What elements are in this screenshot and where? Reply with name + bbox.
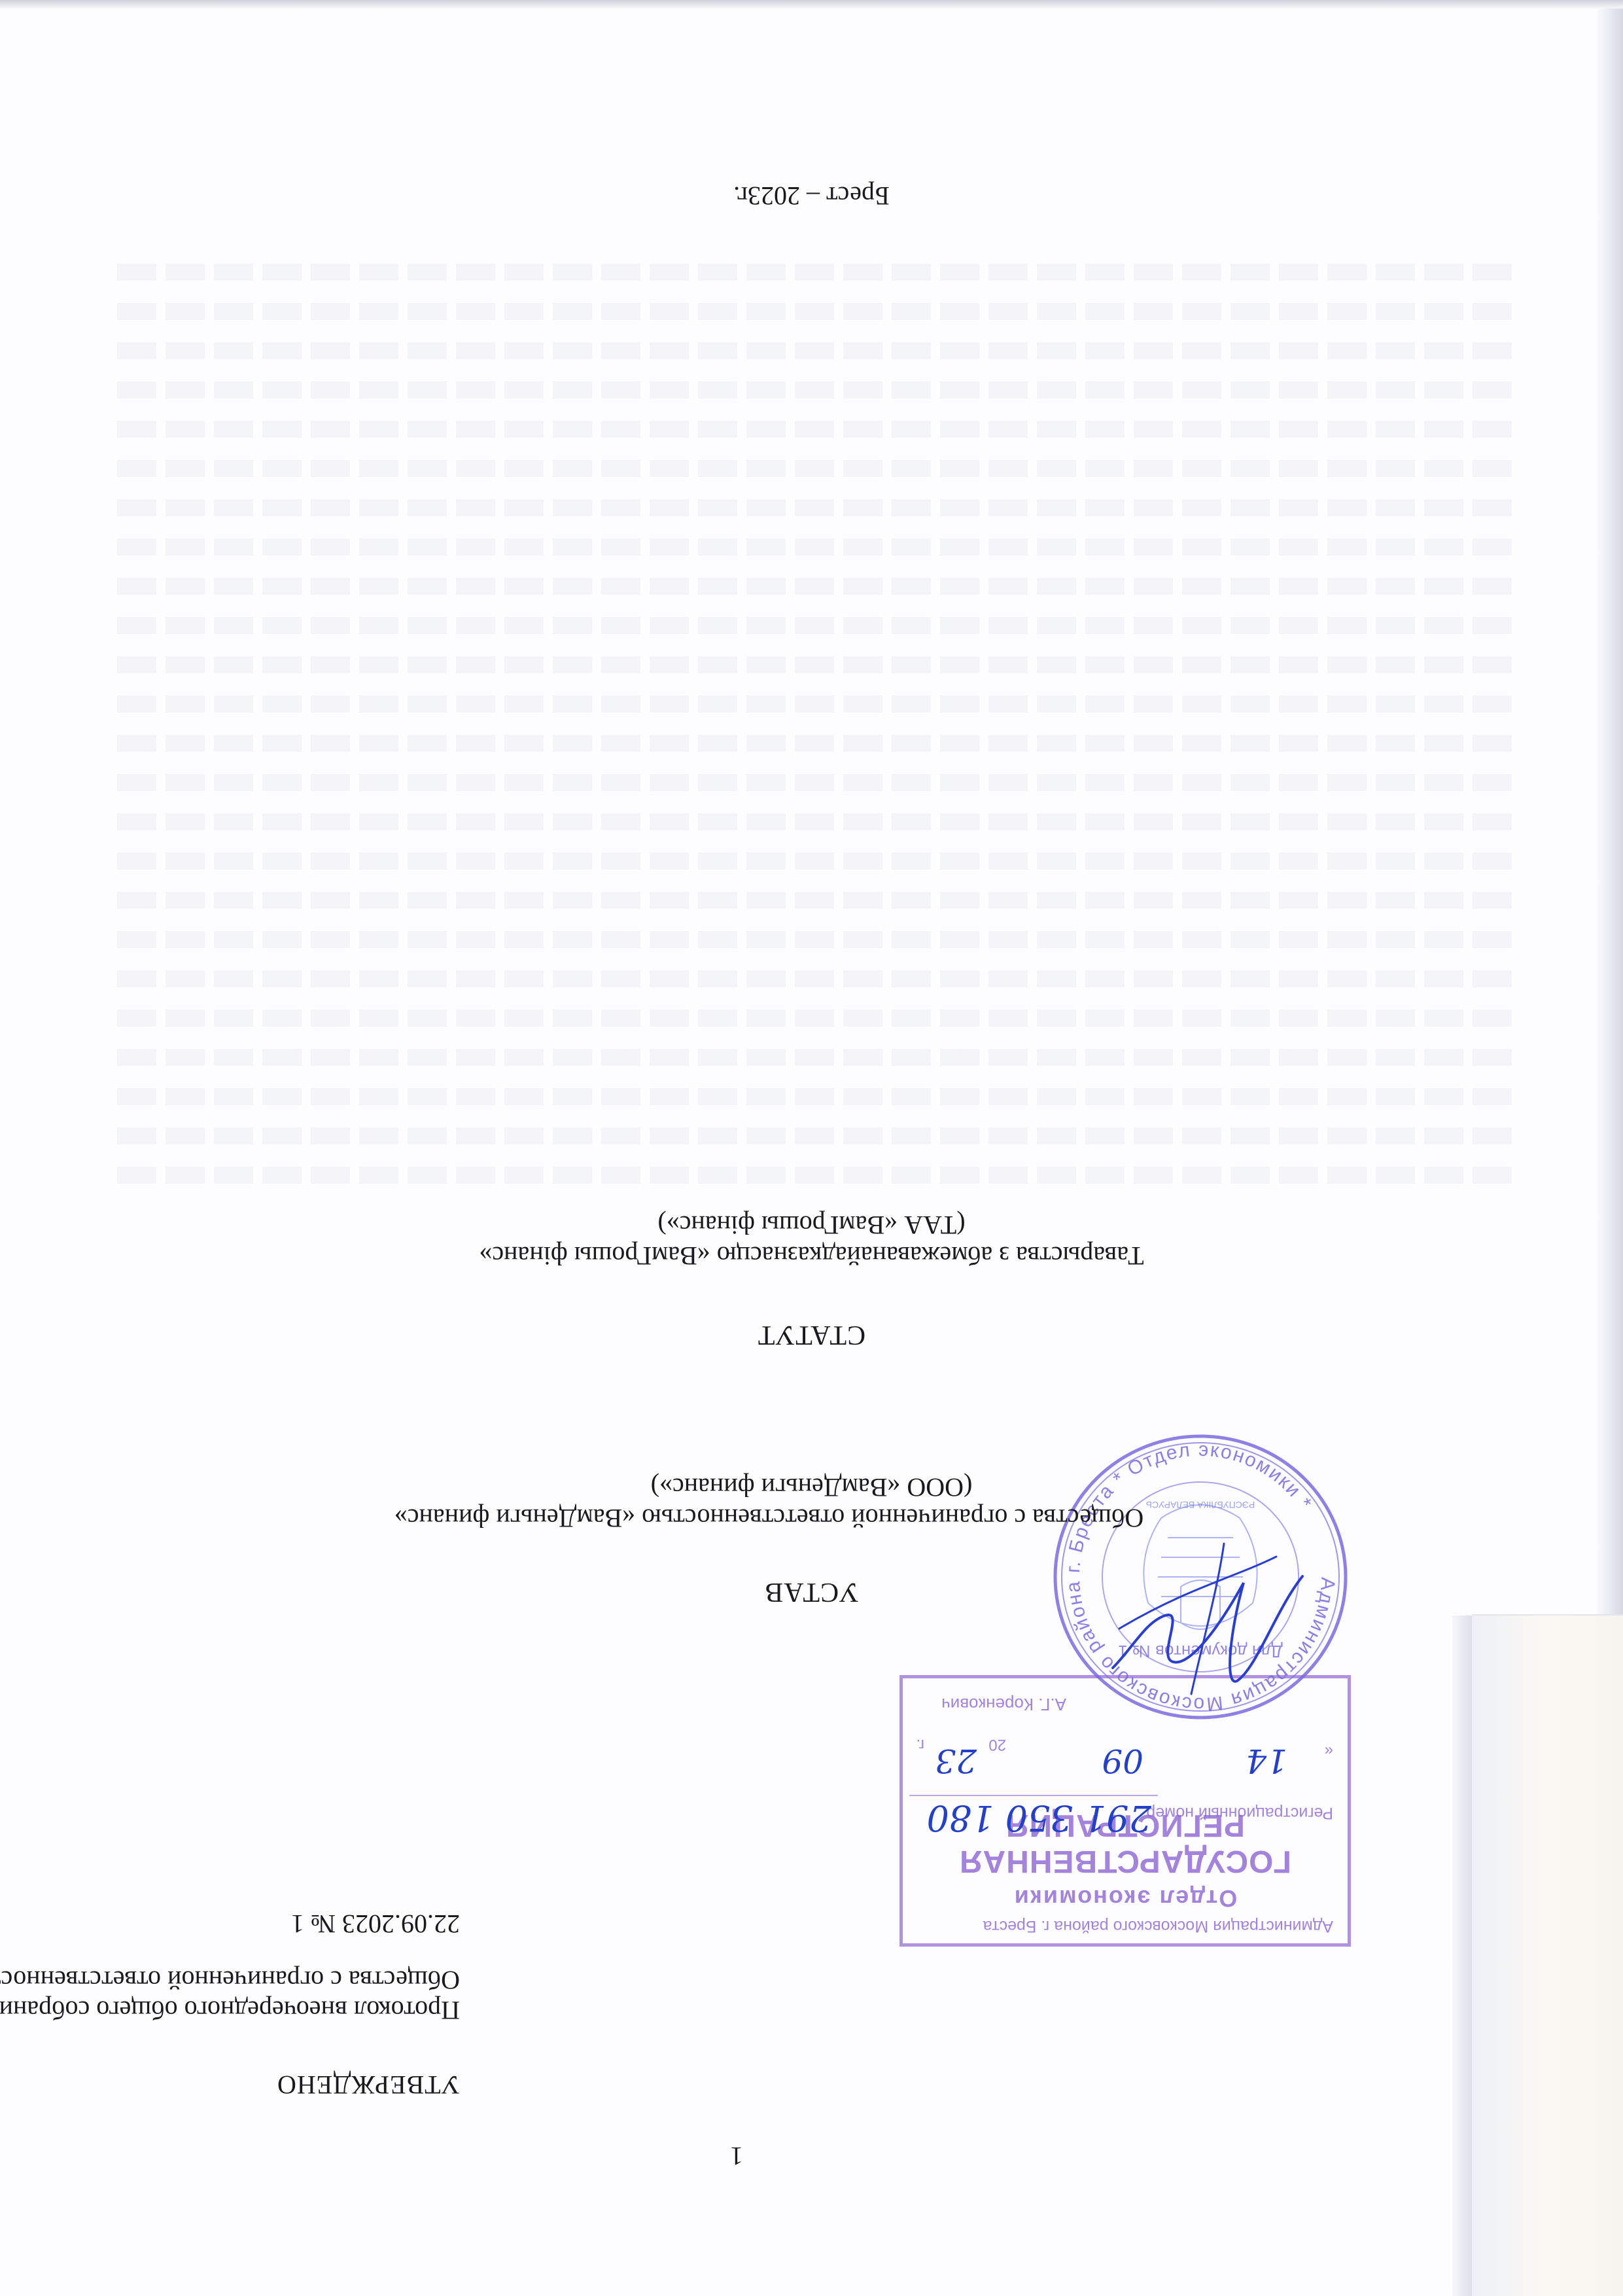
bleed-through-text bbox=[111, 813, 1512, 830]
scan-bottom-edge bbox=[0, 0, 1623, 9]
bleed-through-text bbox=[111, 617, 1512, 634]
bleed-through-text bbox=[111, 539, 1512, 556]
stamp-reg-number-label: Регистрационный номер bbox=[1146, 1803, 1333, 1822]
bleed-through-text bbox=[111, 1167, 1512, 1184]
bleed-through-text bbox=[111, 853, 1512, 870]
bleed-through-text bbox=[111, 264, 1512, 281]
signature-icon bbox=[1100, 1537, 1316, 1707]
bleed-through-text bbox=[111, 303, 1512, 320]
ustav-company-short: (ООО «ВамДеньги финанс») bbox=[0, 1472, 1623, 1503]
stamp-authority: Администрация Московского района г. Брес… bbox=[983, 1916, 1333, 1935]
bleed-through-text bbox=[111, 892, 1512, 909]
inserted-sheet-edge bbox=[1472, 1614, 1623, 2296]
handwritten-month: 09 bbox=[1102, 1742, 1143, 1780]
stamp-department: Отдел экономики bbox=[903, 1884, 1348, 1912]
bleed-through-text bbox=[111, 656, 1512, 673]
bleed-through-text bbox=[111, 774, 1512, 791]
page-number: 1 bbox=[730, 2141, 743, 2172]
bleed-through-text bbox=[111, 1088, 1512, 1105]
bleed-through-text bbox=[111, 970, 1512, 987]
bleed-through-text bbox=[111, 460, 1512, 477]
bleed-through-text bbox=[111, 381, 1512, 398]
bleed-through-text bbox=[111, 342, 1512, 359]
approval-company-line: Общества с ограниченной ответственностью… bbox=[0, 1965, 460, 1995]
statut-company-name: Таварыства з абмежаванайадказнасцю «ВамГ… bbox=[0, 1241, 1623, 1271]
statut-company-short: (ТАА «ВамГрошы фінанс») bbox=[0, 1210, 1623, 1241]
sheet-fold-shadow bbox=[1452, 1616, 1472, 2296]
statut-title: СТАТУТ bbox=[0, 1319, 1623, 1351]
stamp-signer: А.Г. Коренкович bbox=[941, 1694, 1066, 1714]
place-year: Брест – 2023г. bbox=[0, 181, 1623, 211]
approval-protocol-line: Протокол внеочередного общего собрания у… bbox=[0, 1995, 460, 2025]
handwritten-reg-number: 291 350 180 bbox=[926, 1797, 1151, 1839]
approval-date-number: 22.09.2023 № 1 bbox=[0, 1909, 460, 1939]
date-open-quote: « bbox=[1325, 1742, 1333, 1760]
stamp-date-line: « 14 09 20 23 г. bbox=[915, 1742, 1333, 1760]
bleed-through-text bbox=[111, 696, 1512, 713]
bleed-through-text bbox=[111, 931, 1512, 948]
scanned-document-page: 1 УТВЕРЖДЕНО Протокол внеочередного обще… bbox=[0, 0, 1623, 2296]
ustav-company-name: Общества с ограниченной ответственностью… bbox=[0, 1503, 1623, 1534]
handwritten-day: 14 bbox=[1246, 1742, 1287, 1780]
date-year-prefix: 20 bbox=[988, 1735, 1006, 1754]
bleed-through-text bbox=[111, 1010, 1512, 1027]
bleed-through-text bbox=[111, 1127, 1512, 1144]
reg-number-underline bbox=[909, 1795, 1158, 1796]
bleed-through-text bbox=[111, 578, 1512, 595]
bleed-through-text bbox=[111, 1049, 1512, 1066]
bleed-through-text bbox=[111, 421, 1512, 438]
handwritten-year: 23 bbox=[935, 1742, 977, 1780]
approval-block: УТВЕРЖДЕНО Протокол внеочередного общего… bbox=[0, 1909, 460, 2100]
approval-title: УТВЕРЖДЕНО bbox=[0, 2070, 460, 2100]
bleed-through-text bbox=[111, 499, 1512, 516]
bleed-through-text bbox=[111, 735, 1512, 752]
date-suffix: г. bbox=[916, 1735, 925, 1754]
ustav-title: УСТАВ bbox=[0, 1576, 1623, 1608]
